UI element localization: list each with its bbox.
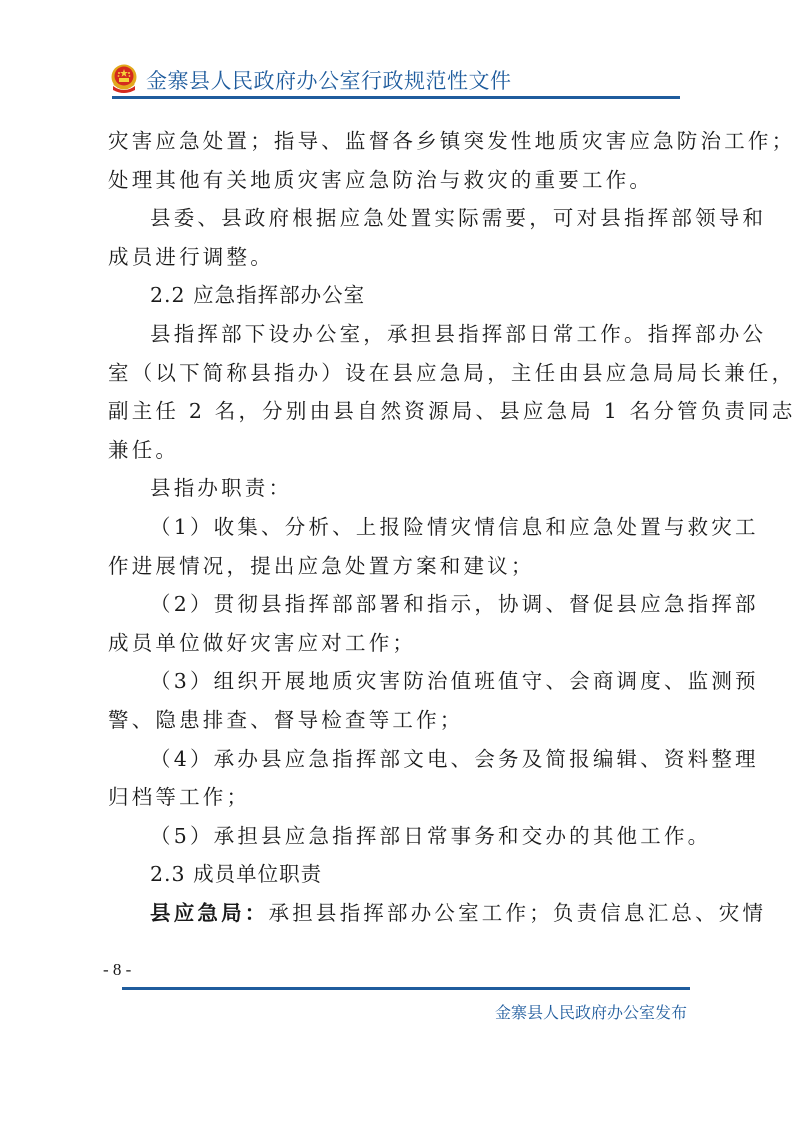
text-line: 县指挥部下设办公室，承担县指挥部日常工作。指挥部办公	[108, 315, 700, 354]
text-line: 灾害应急处置；指导、监督各乡镇突发性地质灾害应急防治工作；	[108, 122, 700, 161]
text-line: 副主任 2 名，分别由县自然资源局、县应急局 1 名分管负责同志	[108, 392, 700, 431]
text-line: 归档等工作；	[108, 778, 700, 817]
header-divider	[112, 96, 680, 99]
text-line: 成员进行调整。	[108, 238, 700, 277]
text-line: 县应急局：承担县指挥部办公室工作；负责信息汇总、灾情	[108, 894, 700, 933]
document-body: 灾害应急处置；指导、监督各乡镇突发性地质灾害应急防治工作； 处理其他有关地质灾害…	[108, 122, 700, 932]
page-number: - 8 -	[103, 960, 131, 980]
text-line: 处理其他有关地质灾害应急防治与救灾的重要工作。	[108, 161, 700, 200]
text-line: 室（以下简称县指办）设在县应急局，主任由县应急局局长兼任，	[108, 354, 700, 393]
list-item-3: （3）组织开展地质灾害防治值班值守、会商调度、监测预	[108, 662, 700, 701]
text-line: 成员单位做好灾害应对工作；	[108, 624, 700, 663]
header-title: 金寨县人民政府办公室行政规范性文件	[146, 65, 512, 95]
line-text: 承担县指挥部办公室工作；负责信息汇总、灾情	[269, 901, 767, 925]
text-line: 作进展情况，提出应急处置方案和建议；	[108, 547, 700, 586]
national-emblem-icon	[110, 64, 138, 94]
section-heading-2-2: 2.2 应急指挥部办公室	[108, 276, 700, 315]
list-item-2: （2）贯彻县指挥部部署和指示，协调、督促县应急指挥部	[108, 585, 700, 624]
list-item-4: （4）承办县应急指挥部文电、会务及简报编辑、资料整理	[108, 740, 700, 779]
list-item-1: （1）收集、分析、上报险情灾情信息和应急处置与救灾工	[108, 508, 700, 547]
text-line: 县委、县政府根据应急处置实际需要，可对县指挥部领导和	[108, 199, 700, 238]
text-line: 警、隐患排查、督导检查等工作；	[108, 701, 700, 740]
text-line: 兼任。	[108, 431, 700, 470]
text-line: 县指办职责：	[108, 469, 700, 508]
document-header: 金寨县人民政府办公室行政规范性文件	[108, 62, 688, 102]
section-heading-2-3: 2.3 成员单位职责	[108, 855, 700, 894]
list-item-5: （5）承担县应急指挥部日常事务和交办的其他工作。	[108, 817, 700, 856]
footer-publisher: 金寨县人民政府办公室发布	[495, 1000, 687, 1023]
footer-divider	[122, 987, 690, 990]
bold-label: 县应急局：	[150, 901, 269, 925]
